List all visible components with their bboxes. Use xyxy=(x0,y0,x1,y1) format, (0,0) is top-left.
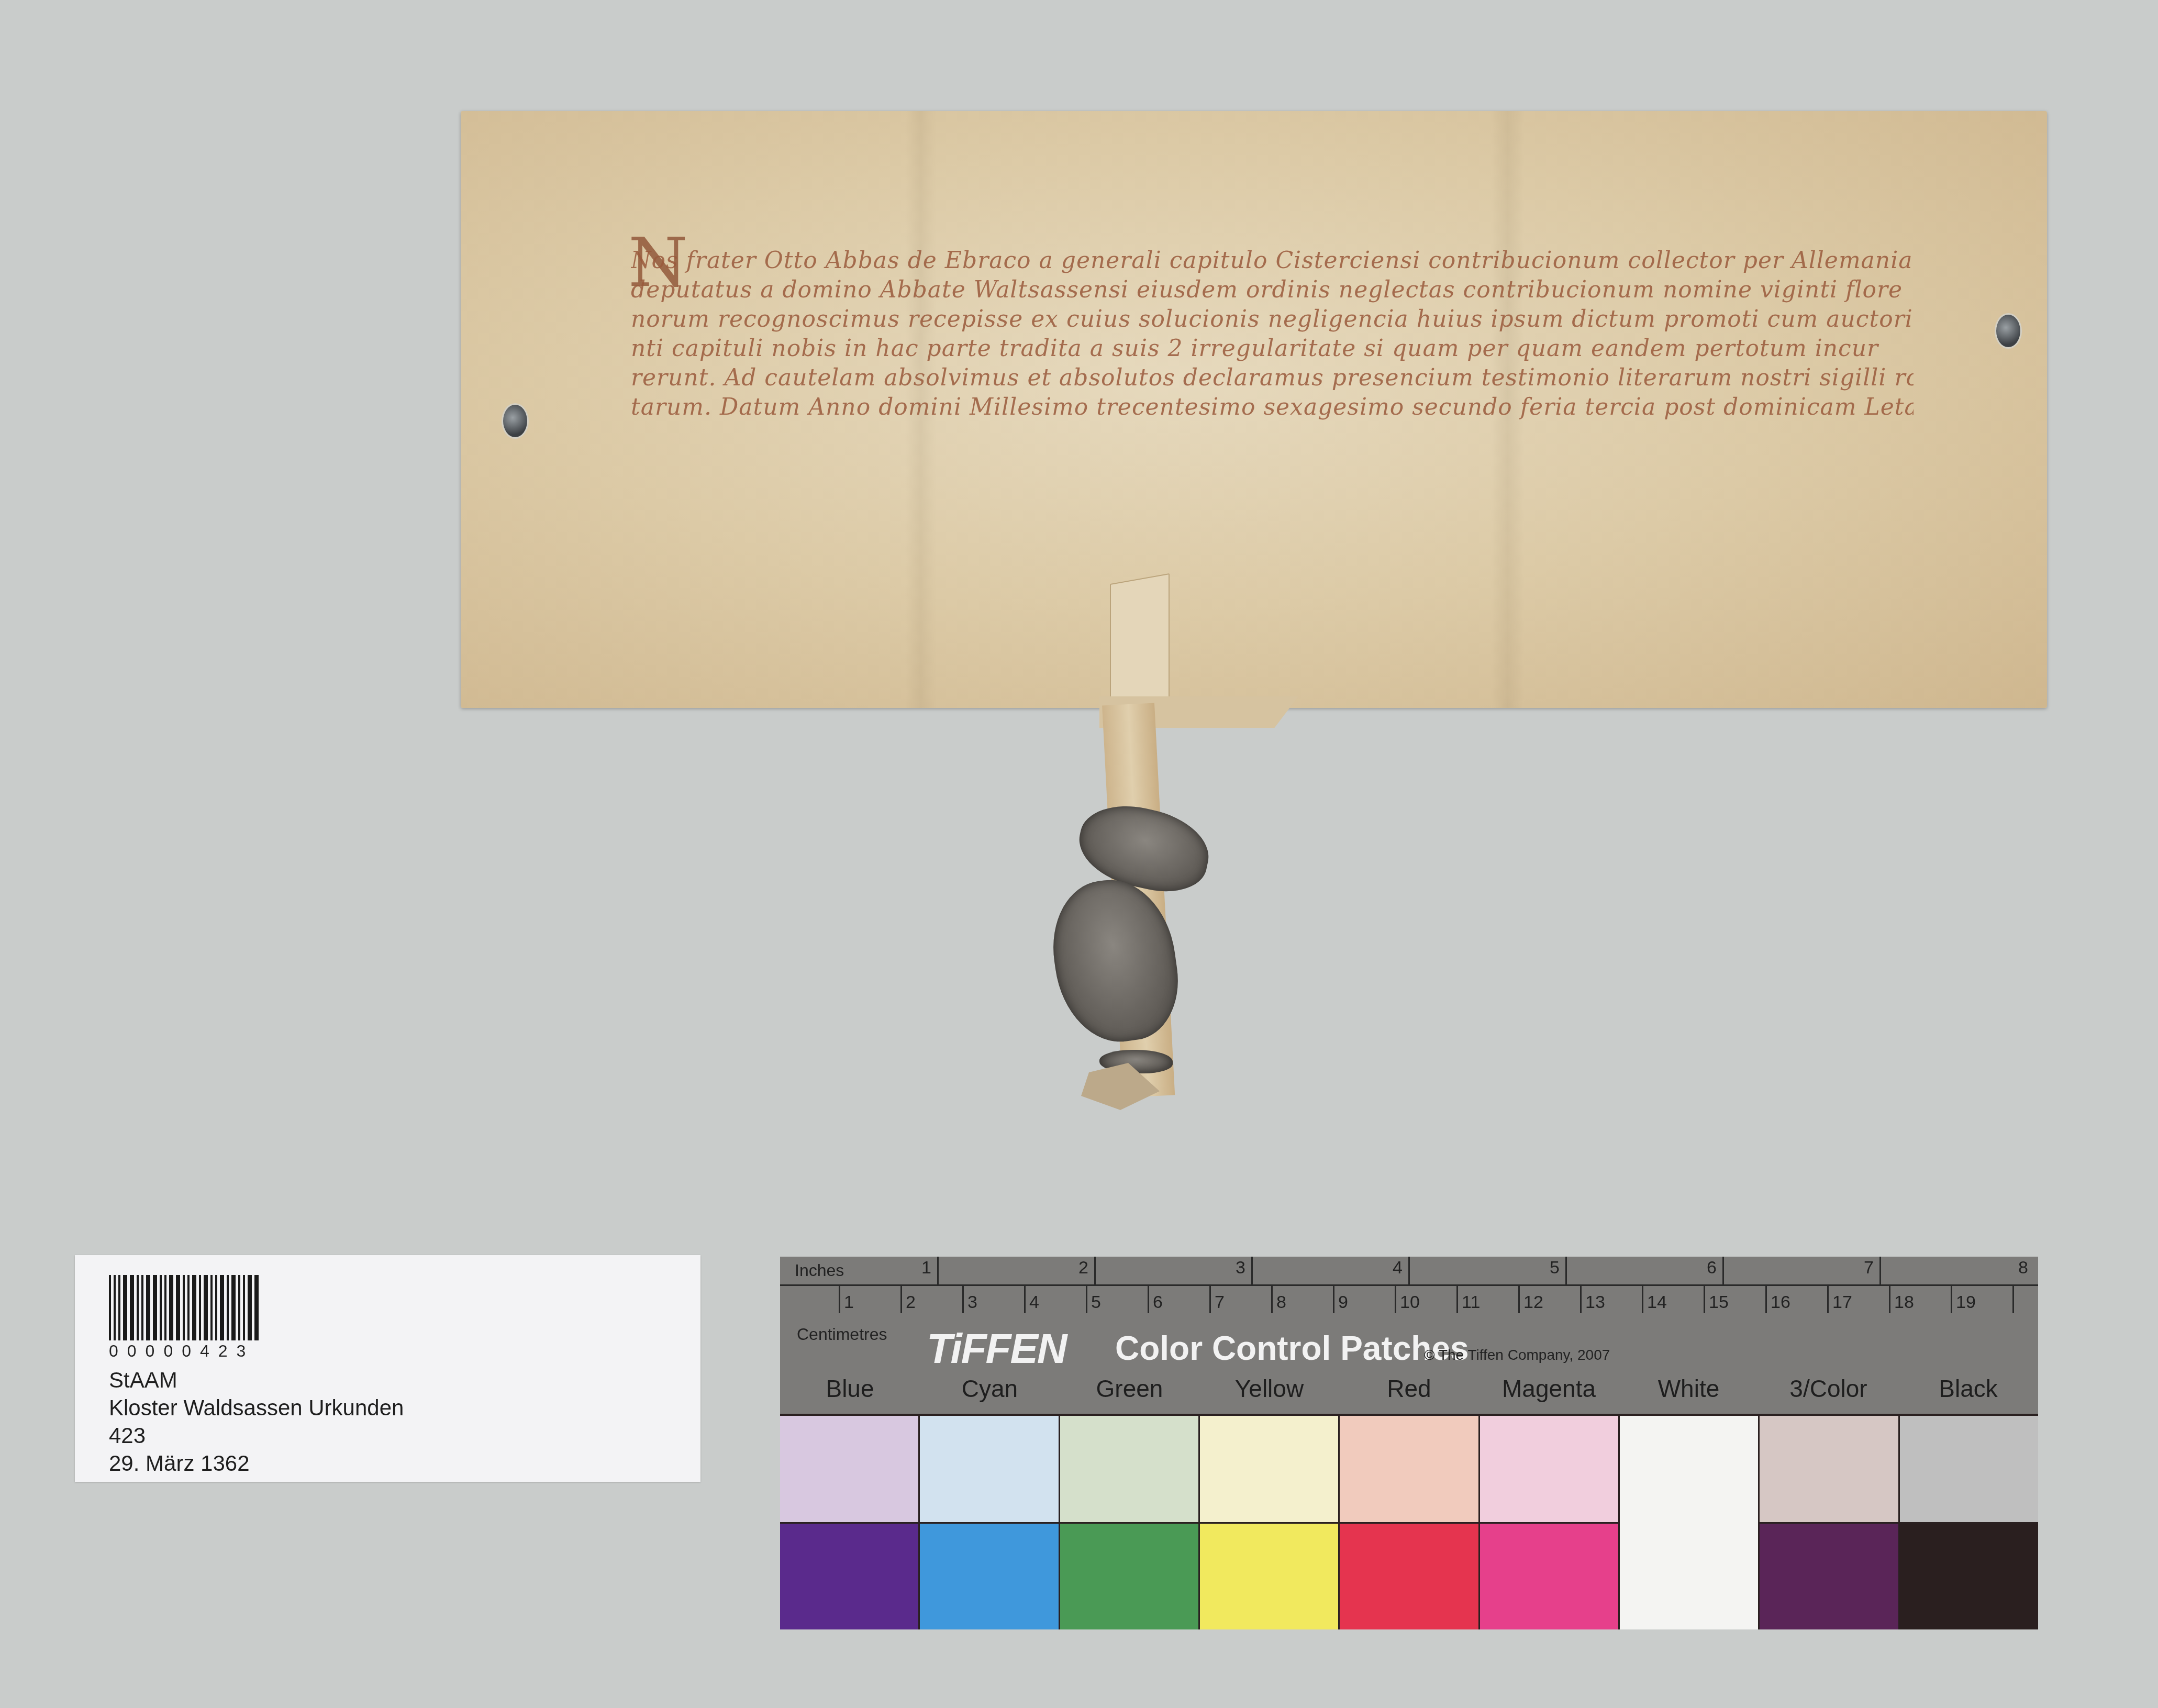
cm-tick xyxy=(1827,1284,1829,1313)
patch-cyan-solid xyxy=(920,1524,1058,1630)
cm-number: 5 xyxy=(1091,1292,1101,1313)
patch-column-black xyxy=(1900,1416,2038,1629)
inch-tick xyxy=(937,1257,939,1284)
inch-number: 3 xyxy=(1236,1258,1245,1278)
patch-label-white: White xyxy=(1619,1374,1759,1403)
patch-magenta-light xyxy=(1480,1416,1618,1524)
patch-cyan-light xyxy=(920,1416,1058,1524)
patch-column-green xyxy=(1060,1416,1200,1629)
patch-red-light xyxy=(1340,1416,1478,1524)
patch-label-blue: Blue xyxy=(780,1374,920,1403)
cm-tick xyxy=(1209,1284,1211,1313)
cm-tick xyxy=(1704,1284,1705,1313)
patch-black-solid xyxy=(1900,1524,2038,1630)
patch-black-light xyxy=(1900,1416,2038,1524)
charter-line: Nos frater Otto Abbas de Ebraco a genera… xyxy=(631,246,1914,275)
centimetres-label: Centimetres xyxy=(797,1325,887,1344)
cm-tick xyxy=(1024,1284,1026,1313)
inch-number: 1 xyxy=(921,1258,931,1278)
inch-tick xyxy=(1408,1257,1410,1284)
patch-label-red: Red xyxy=(1339,1374,1479,1403)
inch-tick xyxy=(1251,1257,1253,1284)
patch-column-3color xyxy=(1760,1416,1899,1629)
document-date: 29. März 1362 xyxy=(109,1449,404,1477)
cm-tick xyxy=(839,1284,840,1313)
charter-line: deputatus a domino Abbate Waltsassensi e… xyxy=(631,275,1914,305)
cm-tick xyxy=(962,1284,964,1313)
color-control-chart: Inches Centimetres 1 2 3 4 5 6 7 8 xyxy=(780,1257,2038,1627)
cm-number: 18 xyxy=(1894,1292,1914,1313)
patch-magenta-solid xyxy=(1480,1524,1618,1630)
cm-number: 14 xyxy=(1647,1292,1667,1313)
inch-number: 6 xyxy=(1707,1258,1717,1278)
patch-green-solid xyxy=(1060,1524,1198,1630)
inch-tick xyxy=(1722,1257,1724,1284)
cm-tick xyxy=(1518,1284,1520,1313)
patch-yellow-light xyxy=(1200,1416,1338,1524)
charter-line: rerunt. Ad cautelam absolvimus et absolu… xyxy=(631,363,1914,393)
patch-column-red xyxy=(1340,1416,1480,1629)
document-number: 423 xyxy=(109,1422,404,1449)
cm-number: 6 xyxy=(1153,1292,1163,1313)
archive-name: StAAM xyxy=(109,1366,404,1394)
cm-number: 2 xyxy=(906,1292,916,1313)
tiffen-logo: TiFFEN xyxy=(927,1325,1066,1373)
cm-tick xyxy=(1580,1284,1582,1313)
cm-number: 8 xyxy=(1276,1292,1286,1313)
patch-label-green: Green xyxy=(1060,1374,1199,1403)
cm-number: 9 xyxy=(1338,1292,1348,1313)
parchment-fold-tab xyxy=(1110,573,1170,712)
cm-number: 16 xyxy=(1771,1292,1790,1313)
patch-label-cyan: Cyan xyxy=(920,1374,1060,1403)
cm-tick xyxy=(1642,1284,1643,1313)
inch-tick xyxy=(1565,1257,1567,1284)
inch-tick xyxy=(1879,1257,1881,1284)
patch-green-light xyxy=(1060,1416,1198,1524)
cm-number: 3 xyxy=(967,1292,977,1313)
cm-tick xyxy=(1333,1284,1334,1313)
patch-column-cyan xyxy=(920,1416,1060,1629)
collection-name: Kloster Waldsassen Urkunden xyxy=(109,1394,404,1422)
charter-text: Nos frater Otto Abbas de Ebraco a genera… xyxy=(631,246,1914,422)
inch-number: 4 xyxy=(1393,1258,1403,1278)
cm-number: 19 xyxy=(1956,1292,1976,1313)
patch-column-blue xyxy=(780,1416,920,1629)
patch-label-black: Black xyxy=(1898,1374,2038,1403)
inch-number: 2 xyxy=(1078,1258,1088,1278)
cm-tick xyxy=(1456,1284,1458,1313)
barcode-digits: 00000423 xyxy=(109,1341,254,1361)
inch-number: 8 xyxy=(2018,1258,2028,1278)
mounting-pin-left-icon xyxy=(502,403,529,439)
archive-label: 00000423 StAAM Kloster Waldsassen Urkund… xyxy=(75,1255,700,1482)
cm-number: 10 xyxy=(1400,1292,1420,1313)
patch-blue-solid xyxy=(780,1524,918,1630)
cm-tick xyxy=(1889,1284,1890,1313)
cm-number: 17 xyxy=(1832,1292,1852,1313)
patch-column-yellow xyxy=(1200,1416,1340,1629)
cm-number: 15 xyxy=(1709,1292,1729,1313)
cm-number: 11 xyxy=(1462,1292,1480,1313)
patch-labels: Blue Cyan Green Yellow Red Magenta White… xyxy=(780,1374,2038,1403)
cm-number: 13 xyxy=(1585,1292,1605,1313)
inches-label: Inches xyxy=(795,1261,844,1280)
ruler: Inches Centimetres 1 2 3 4 5 6 7 8 xyxy=(780,1257,2038,1414)
patch-3color-light xyxy=(1760,1416,1898,1524)
patch-label-3color: 3/Color xyxy=(1759,1374,1898,1403)
ruler-baseline xyxy=(780,1284,2038,1286)
cm-number: 1 xyxy=(844,1292,854,1313)
cm-tick xyxy=(1271,1284,1273,1313)
cm-tick xyxy=(1765,1284,1767,1313)
barcode-icon xyxy=(109,1275,261,1340)
cm-tick xyxy=(1148,1284,1149,1313)
mounting-pin-right-icon xyxy=(1995,313,2022,349)
charter-line: norum recognoscimus recepisse ex cuius s… xyxy=(631,305,1914,334)
patch-label-yellow: Yellow xyxy=(1199,1374,1339,1403)
patch-red-solid xyxy=(1340,1524,1478,1630)
color-patches xyxy=(780,1414,2038,1629)
cm-number: 7 xyxy=(1215,1292,1225,1313)
patch-yellow-solid xyxy=(1200,1524,1338,1630)
cm-tick xyxy=(2012,1284,2014,1313)
patch-column-magenta xyxy=(1480,1416,1620,1629)
cm-number: 4 xyxy=(1029,1292,1039,1313)
chart-copyright: © The Tiffen Company, 2007 xyxy=(1424,1347,1610,1363)
inch-number: 5 xyxy=(1550,1258,1560,1278)
cm-tick xyxy=(900,1284,902,1313)
charter-line: tarum. Datum Anno domini Millesimo trece… xyxy=(631,393,1914,422)
chart-title: Color Control Patches xyxy=(1115,1329,1469,1368)
patch-label-magenta: Magenta xyxy=(1479,1374,1619,1403)
patch-3color-solid xyxy=(1760,1524,1898,1630)
patch-column-white xyxy=(1620,1416,1760,1629)
cm-number: 12 xyxy=(1523,1292,1543,1313)
wax-seal-fragment-lower xyxy=(1044,872,1186,1050)
inch-tick xyxy=(1094,1257,1096,1284)
cm-tick xyxy=(1395,1284,1396,1313)
charter-line: nti capituli nobis in hac parte tradita … xyxy=(631,334,1914,363)
patch-white xyxy=(1620,1416,1758,1629)
patch-blue-light xyxy=(780,1416,918,1524)
inch-number: 7 xyxy=(1864,1258,1874,1278)
cm-tick xyxy=(1086,1284,1087,1313)
cm-tick xyxy=(1951,1284,1952,1313)
